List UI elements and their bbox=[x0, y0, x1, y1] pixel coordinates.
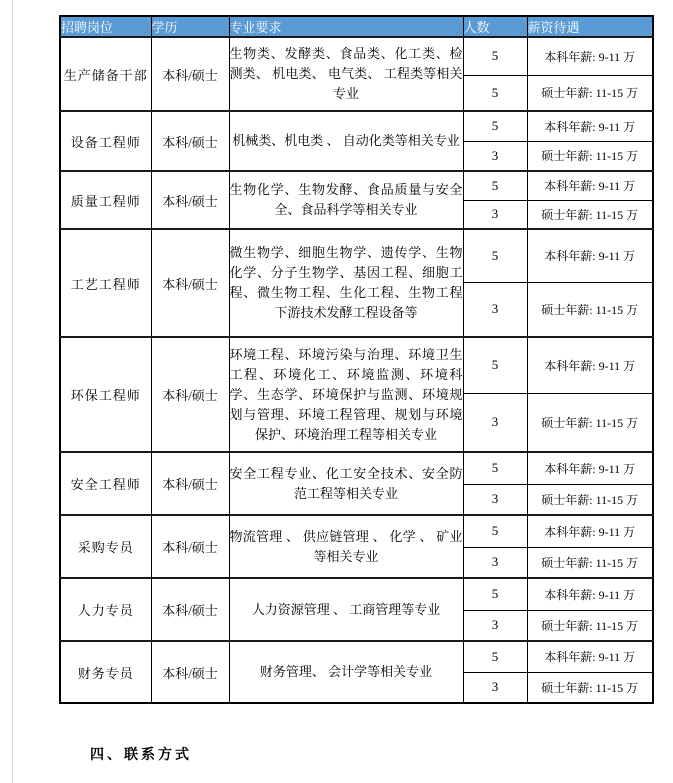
salary-cell: 硕士年薪: 11-15 万 bbox=[527, 672, 653, 703]
majors-cell: 生物类、发酵类、食品类、化工类、检测类、 机电类、 电气类、 工程类等相关专业 bbox=[229, 37, 463, 111]
education-cell: 本科/硕士 bbox=[151, 641, 229, 703]
recruitment-table-container: 招聘岗位 学历 专业要求 人数 薪资待遇 生产储备干部 本科/硕士 生物类、发酵… bbox=[59, 15, 654, 704]
majors-cell: 安全工程专业、化工安全技术、安全防范工程等相关专业 bbox=[229, 452, 463, 515]
education-cell: 本科/硕士 bbox=[151, 578, 229, 641]
salary-cell: 本科年薪: 9-11 万 bbox=[527, 37, 653, 75]
salary-cell: 本科年薪: 9-11 万 bbox=[527, 578, 653, 610]
headcount-cell: 5 bbox=[463, 337, 527, 393]
headcount-cell: 3 bbox=[463, 141, 527, 171]
headcount-cell: 5 bbox=[463, 111, 527, 141]
headcount-cell: 5 bbox=[463, 641, 527, 672]
job-position-cell: 安全工程师 bbox=[60, 452, 151, 515]
salary-cell: 本科年薪: 9-11 万 bbox=[527, 171, 653, 200]
table-row: 环保工程师 本科/硕士 环境工程、环境污染与治理、环境卫生工程、环境化工、环境监… bbox=[60, 337, 653, 393]
education-cell: 本科/硕士 bbox=[151, 37, 229, 111]
recruitment-table: 招聘岗位 学历 专业要求 人数 薪资待遇 生产储备干部 本科/硕士 生物类、发酵… bbox=[59, 15, 654, 704]
table-header-row: 招聘岗位 学历 专业要求 人数 薪资待遇 bbox=[60, 16, 653, 37]
job-position-cell: 财务专员 bbox=[60, 641, 151, 703]
majors-cell: 财务管理、 会计学等相关专业 bbox=[229, 641, 463, 703]
salary-cell: 本科年薪: 9-11 万 bbox=[527, 337, 653, 393]
salary-cell: 硕士年薪: 11-15 万 bbox=[527, 484, 653, 515]
page-edge-line bbox=[12, 0, 13, 783]
education-cell: 本科/硕士 bbox=[151, 452, 229, 515]
salary-cell: 硕士年薪: 11-15 万 bbox=[527, 141, 653, 171]
headcount-cell: 3 bbox=[463, 200, 527, 229]
salary-cell: 硕士年薪: 11-15 万 bbox=[527, 200, 653, 229]
salary-cell: 本科年薪: 9-11 万 bbox=[527, 229, 653, 282]
headcount-cell: 5 bbox=[463, 171, 527, 200]
salary-cell: 硕士年薪: 11-15 万 bbox=[527, 610, 653, 641]
header-majors: 专业要求 bbox=[229, 16, 463, 37]
majors-cell: 微生物学、细胞生物学、遗传学、生物化学、分子生物学、基因工程、细胞工程、微生物工… bbox=[229, 229, 463, 337]
header-position: 招聘岗位 bbox=[60, 16, 151, 37]
header-count: 人数 bbox=[463, 16, 527, 37]
job-position-cell: 工艺工程师 bbox=[60, 229, 151, 337]
headcount-cell: 5 bbox=[463, 75, 527, 111]
salary-cell: 硕士年薪: 11-15 万 bbox=[527, 75, 653, 111]
headcount-cell: 3 bbox=[463, 672, 527, 703]
table-row: 质量工程师 本科/硕士 生物化学、生物发酵、食品质量与安全全、食品科学等相关专业… bbox=[60, 171, 653, 200]
education-cell: 本科/硕士 bbox=[151, 111, 229, 171]
header-education: 学历 bbox=[151, 16, 229, 37]
table-row: 财务专员 本科/硕士 财务管理、 会计学等相关专业 5 本科年薪: 9-11 万 bbox=[60, 641, 653, 672]
salary-cell: 硕士年薪: 11-15 万 bbox=[527, 393, 653, 452]
job-position-cell: 设备工程师 bbox=[60, 111, 151, 171]
job-position-cell: 生产储备干部 bbox=[60, 37, 151, 111]
section-heading: 四、联系方式 bbox=[90, 744, 192, 764]
job-position-cell: 质量工程师 bbox=[60, 171, 151, 229]
table-row: 安全工程师 本科/硕士 安全工程专业、化工安全技术、安全防范工程等相关专业 5 … bbox=[60, 452, 653, 484]
majors-cell: 生物化学、生物发酵、食品质量与安全全、食品科学等相关专业 bbox=[229, 171, 463, 229]
salary-cell: 本科年薪: 9-11 万 bbox=[527, 111, 653, 141]
majors-cell: 物流管理 、 供应链管理 、 化学 、 矿业 等相关专业 bbox=[229, 515, 463, 578]
headcount-cell: 5 bbox=[463, 578, 527, 610]
education-cell: 本科/硕士 bbox=[151, 515, 229, 578]
salary-cell: 硕士年薪: 11-15 万 bbox=[527, 547, 653, 578]
table-row: 工艺工程师 本科/硕士 微生物学、细胞生物学、遗传学、生物化学、分子生物学、基因… bbox=[60, 229, 653, 282]
salary-cell: 本科年薪: 9-11 万 bbox=[527, 641, 653, 672]
header-salary: 薪资待遇 bbox=[527, 16, 653, 37]
headcount-cell: 3 bbox=[463, 484, 527, 515]
headcount-cell: 3 bbox=[463, 282, 527, 337]
job-position-cell: 环保工程师 bbox=[60, 337, 151, 452]
majors-cell: 环境工程、环境污染与治理、环境卫生工程、环境化工、环境监测、环境科学、生态学、环… bbox=[229, 337, 463, 452]
headcount-cell: 3 bbox=[463, 610, 527, 641]
salary-cell: 本科年薪: 9-11 万 bbox=[527, 452, 653, 484]
salary-cell: 本科年薪: 9-11 万 bbox=[527, 515, 653, 547]
table-row: 采购专员 本科/硕士 物流管理 、 供应链管理 、 化学 、 矿业 等相关专业 … bbox=[60, 515, 653, 547]
table-row: 设备工程师 本科/硕士 机械类、机电类 、 自动化类等相关专业 5 本科年薪: … bbox=[60, 111, 653, 141]
headcount-cell: 5 bbox=[463, 229, 527, 282]
headcount-cell: 5 bbox=[463, 37, 527, 75]
headcount-cell: 5 bbox=[463, 452, 527, 484]
job-position-cell: 人力专员 bbox=[60, 578, 151, 641]
majors-cell: 机械类、机电类 、 自动化类等相关专业 bbox=[229, 111, 463, 171]
salary-cell: 硕士年薪: 11-15 万 bbox=[527, 282, 653, 337]
education-cell: 本科/硕士 bbox=[151, 337, 229, 452]
headcount-cell: 3 bbox=[463, 547, 527, 578]
job-position-cell: 采购专员 bbox=[60, 515, 151, 578]
table-row: 生产储备干部 本科/硕士 生物类、发酵类、食品类、化工类、检测类、 机电类、 电… bbox=[60, 37, 653, 75]
table-row: 人力专员 本科/硕士 人力资源管理 、 工商管理等专业 5 本科年薪: 9-11… bbox=[60, 578, 653, 610]
majors-cell: 人力资源管理 、 工商管理等专业 bbox=[229, 578, 463, 641]
headcount-cell: 5 bbox=[463, 515, 527, 547]
headcount-cell: 3 bbox=[463, 393, 527, 452]
education-cell: 本科/硕士 bbox=[151, 229, 229, 337]
education-cell: 本科/硕士 bbox=[151, 171, 229, 229]
